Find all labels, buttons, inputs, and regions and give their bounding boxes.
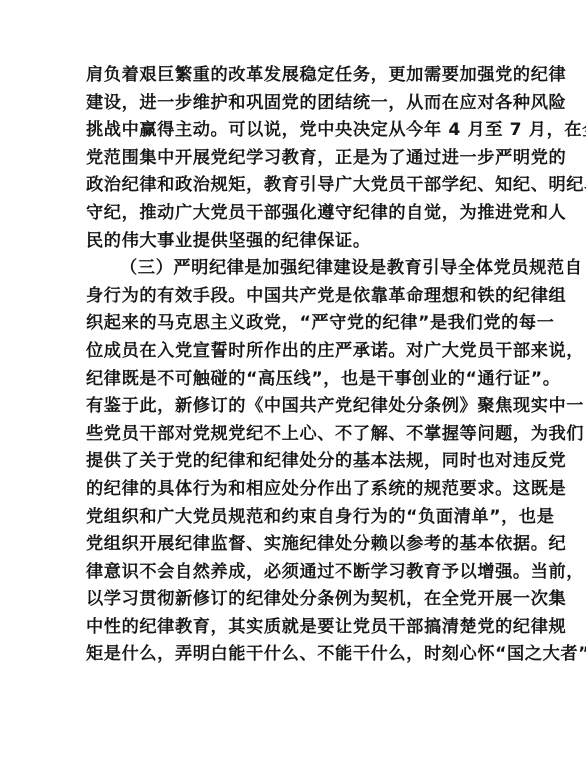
text-line: 民的伟大事业提供坚强的纪律保证。 xyxy=(86,228,506,256)
text-line: 位成员在入党宣誓时所作出的庄严承诺。对广大党员干部来说， xyxy=(86,338,506,366)
text-line: 党组织开展纪律监督、实施纪律处分赖以参考的基本依据。纪 xyxy=(86,531,506,559)
text-line: 些党员干部对党规党纪不上心、不了解、不掌握等问题，为我们 xyxy=(86,421,506,449)
text-line: 的纪律的具体行为和相应处分作出了系统的规范要求。这既是 xyxy=(86,476,506,504)
text-line: 中性的纪律教育，其实质就是要让党员干部搞清楚党的纪律规 xyxy=(86,614,506,642)
text-line: 身行为的有效手段。中国共产党是依靠革命理想和铁的纪律组 xyxy=(86,283,506,311)
text-line: 织起来的马克思主义政党，“严守党的纪律”是我们党的每一 xyxy=(86,310,506,338)
paragraph-2: （三）严明纪律是加强纪律建设是教育引导全体党员规范自 身行为的有效手段。中国共产… xyxy=(86,255,506,669)
text-line: 以学习贯彻新修订的纪律处分条例为契机，在全党开展一次集 xyxy=(86,586,506,614)
text-line: 提供了关于党的纪律和纪律处分的基本法规，同时也对违反党 xyxy=(86,448,506,476)
text-line: 肩负着艰巨繁重的改革发展稳定任务，更加需要加强党的纪律 xyxy=(86,62,506,90)
text-line: 挑战中赢得主动。可以说，党中央决定从今年 4 月至 7 月，在全 xyxy=(86,117,506,145)
section-heading-line: （三）严明纪律是加强纪律建设是教育引导全体党员规范自 xyxy=(86,255,506,283)
text-line: 律意识不会自然养成，必须通过不断学习教育予以增强。当前， xyxy=(86,559,506,587)
text-line: 纪律既是不可触碰的“高压线”，也是干事创业的“通行证”。 xyxy=(86,366,506,394)
document-page: 肩负着艰巨繁重的改革发展稳定任务，更加需要加强党的纪律 建设，进一步维护和巩固党… xyxy=(0,0,586,759)
text-line: 矩是什么，弄明白能干什么、不能干什么，时刻心怀“国之大者” xyxy=(86,641,506,669)
document-body: 肩负着艰巨繁重的改革发展稳定任务，更加需要加强党的纪律 建设，进一步维护和巩固党… xyxy=(86,62,506,669)
text-line: 党组织和广大党员规范和约束自身行为的“负面清单”，也是 xyxy=(86,504,506,532)
text-line: 政治纪律和政治规矩，教育引导广大党员干部学纪、知纪、明纪、 xyxy=(86,172,506,200)
text-line: 党范围集中开展党纪学习教育，正是为了通过进一步严明党的 xyxy=(86,145,506,173)
text-line: 守纪，推动广大党员干部强化遵守纪律的自觉，为推进党和人 xyxy=(86,200,506,228)
text-line: 建设，进一步维护和巩固党的团结统一，从而在应对各种风险 xyxy=(86,90,506,118)
paragraph-1: 肩负着艰巨繁重的改革发展稳定任务，更加需要加强党的纪律 建设，进一步维护和巩固党… xyxy=(86,62,506,255)
text-line: 有鉴于此，新修订的《中国共产党纪律处分条例》聚焦现实中一 xyxy=(86,393,506,421)
